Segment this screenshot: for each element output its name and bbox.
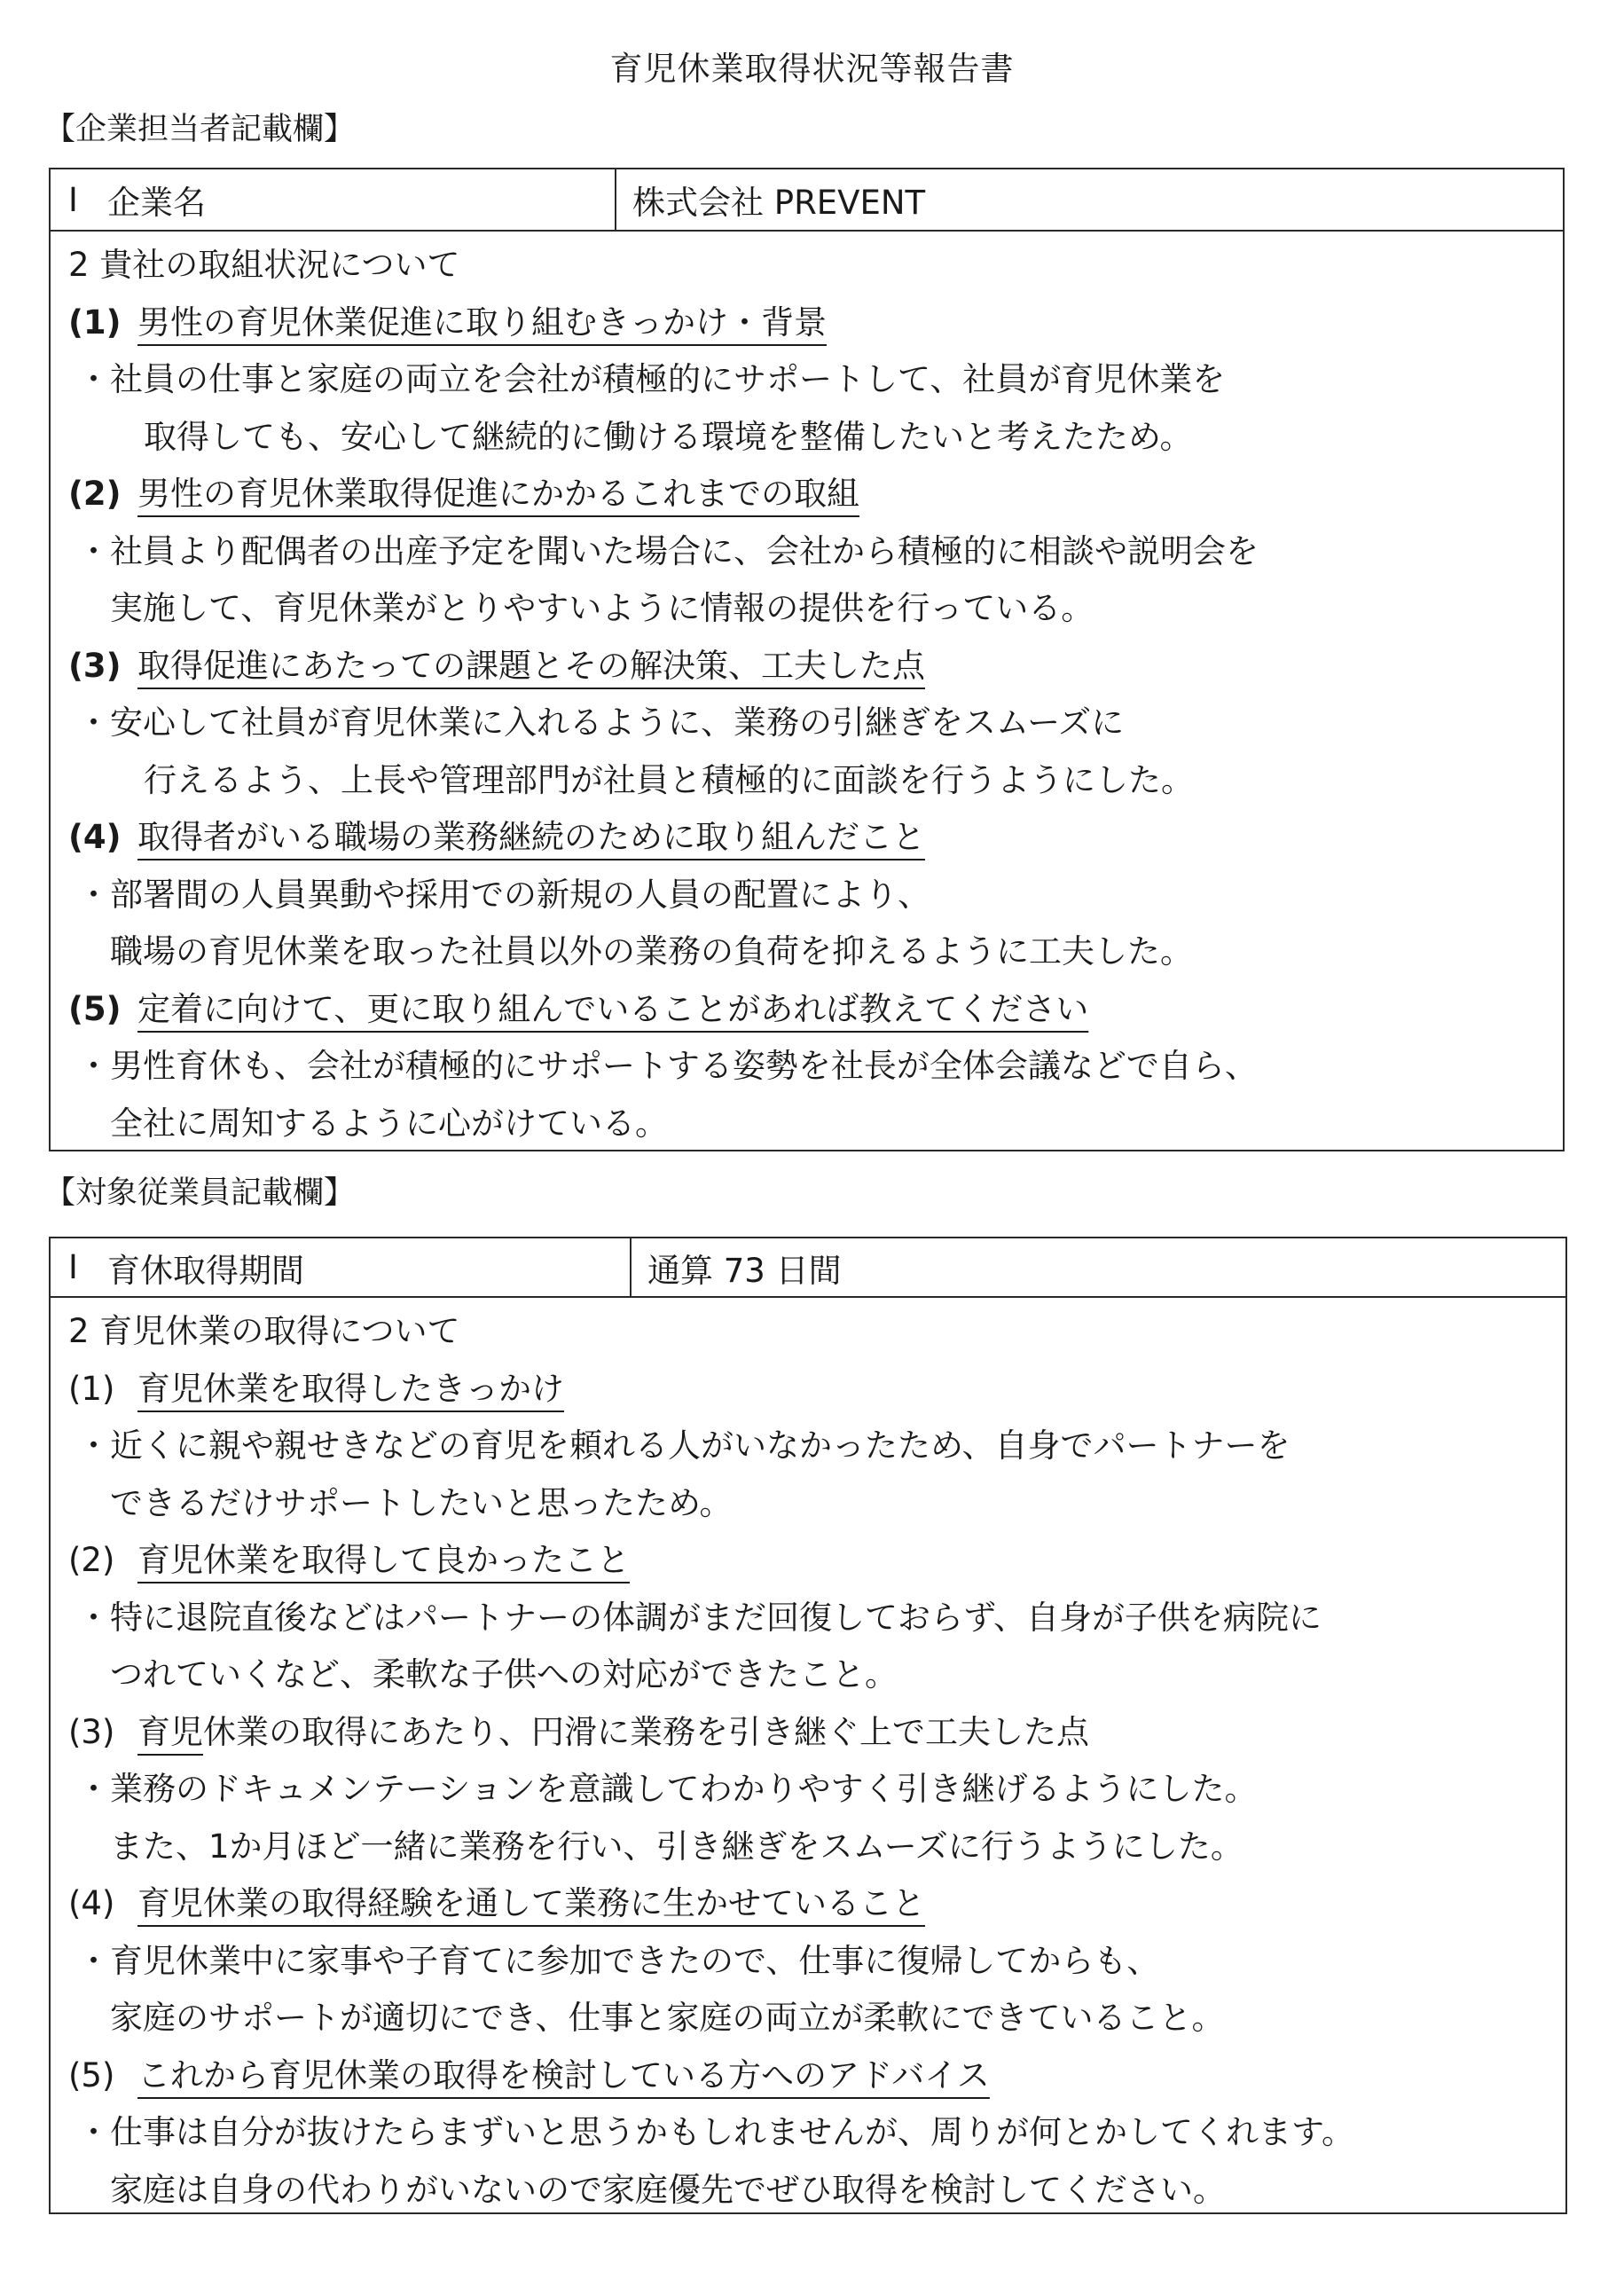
- answer-line: ・育児休業中に家事や子育てに参加できたので、仕事に復帰してからも、: [68, 1933, 1565, 1991]
- question-line: (2)育児休業を取得して良かったこと: [68, 1532, 1565, 1590]
- question-line: (3)育児休業の取得にあたり、円滑に業務を引き継ぐ上で工夫した点: [68, 1704, 1565, 1762]
- question-text: 定着に向けて、更に取り組んでいることがあれば教えてください: [137, 990, 1088, 1028]
- answer-line: 家庭は自身の代わりがいないので家庭優先でぜひ取得を検討してください。: [68, 2162, 1565, 2220]
- employee-form-table: I 育休取得期間 通算 73 日間 2 育児休業の取得について (1)育児休業を…: [49, 1237, 1567, 2214]
- employee-leave-body: 2 育児休業の取得について (1)育児休業を取得したきっかけ ・近くに親や親せき…: [51, 1298, 1565, 2219]
- question-line: (2)男性の育児休業取得促進にかかるこれまでの取組: [68, 466, 1563, 523]
- answer-line: ・社員の仕事と家庭の両立を会社が積極的にサポートして、社員が育児休業を: [68, 351, 1563, 409]
- question-line: (5)これから育児休業の取得を検討している方へのアドバイス: [68, 2047, 1565, 2105]
- leave-period-label: 育休取得期間: [107, 1244, 304, 1292]
- employee-section-label: 【対象従業員記載欄】: [44, 1175, 355, 1211]
- leave-period-value: 通算 73 日間: [647, 1244, 842, 1292]
- row-number: I: [68, 1248, 107, 1286]
- question-line: (4)取得者がいる職場の業務継続のために取り組んだこと: [68, 809, 1563, 867]
- answer-line: また、1か月ほど一緒に業務を行い、引き継ぎをスムーズに行うようにした。: [68, 1819, 1565, 1876]
- leave-period-label-cell: I 育休取得期間: [51, 1238, 632, 1296]
- question-text: 育児休業を取得して良かったこと: [137, 1541, 630, 1579]
- answer-line: ・業務のドキュメンテーションを意識してわかりやすく引き継げるようにした。: [68, 1761, 1565, 1819]
- question-line: (1)男性の育児休業促進に取り組むきっかけ・背景: [68, 295, 1563, 352]
- question-text: 取得促進にあたっての課題とその解決策、工夫した点: [137, 647, 925, 685]
- answer-line: 行えるよう、上長や管理部門が社員と積極的に面談を行うようにした。: [68, 752, 1563, 810]
- company-section-label: 【企業担当者記載欄】: [44, 112, 355, 147]
- answer-line: ・仕事は自分が抜けたらまずいと思うかもしれませんが、周りが何とかしてくれます。: [68, 2104, 1565, 2162]
- answer-line: 家庭のサポートが適切にでき、仕事と家庭の両立が柔軟にできていること。: [68, 1990, 1565, 2047]
- company-form-table: I 企業名 株式会社 PREVENT 2 貴社の取組状況について (1)男性の育…: [49, 168, 1565, 1151]
- company-name-label: 企業名: [107, 176, 206, 224]
- question-line: (3)取得促進にあたっての課題とその解決策、工夫した点: [68, 638, 1563, 695]
- row-number: I: [68, 181, 107, 219]
- question-number: (5): [68, 981, 137, 1039]
- company-name-value: 株式会社 PREVENT: [632, 176, 925, 224]
- question-text: 取得者がいる職場の業務継続のために取り組んだこと: [137, 818, 925, 856]
- answer-line: 取得しても、安心して継続的に働ける環境を整備したいと考えたため。: [68, 409, 1563, 467]
- question-line: (1)育児休業を取得したきっかけ: [68, 1361, 1565, 1418]
- question-text-underlined: 育児: [137, 1713, 203, 1751]
- answer-line: 実施して、育児休業がとりやすいように情報の提供を行っている。: [68, 580, 1563, 638]
- question-text: 男性の育児休業取得促進にかかるこれまでの取組: [137, 475, 859, 513]
- question-text: これから育児休業の取得を検討している方へのアドバイス: [137, 2056, 990, 2094]
- answer-line: つれていくなど、柔軟な子供への対応ができたこと。: [68, 1646, 1565, 1704]
- question-number: (4): [68, 1875, 137, 1933]
- question-number: (2): [68, 466, 137, 523]
- question-number: (1): [68, 1361, 137, 1418]
- question-number: (4): [68, 809, 137, 867]
- answer-line: 全社に周知するように心がけている。: [68, 1096, 1563, 1153]
- question-number: (5): [68, 2047, 137, 2105]
- company-efforts-heading: 2 貴社の取組状況について: [68, 237, 1563, 295]
- question-line: (5)定着に向けて、更に取り組んでいることがあれば教えてください: [68, 981, 1563, 1039]
- answer-line: ・部署間の人員異動や採用での新規の人員の配置により、: [68, 867, 1563, 924]
- question-text: 休業の取得にあたり、円滑に業務を引き継ぐ上で工夫した点: [203, 1713, 1089, 1751]
- company-name-row: I 企業名 株式会社 PREVENT: [51, 169, 1563, 232]
- answer-line: ・男性育休も、会社が積極的にサポートする姿勢を社長が全体会議などで自ら、: [68, 1038, 1563, 1096]
- leave-period-value-cell: 通算 73 日間: [632, 1238, 1565, 1296]
- question-number: (2): [68, 1532, 137, 1590]
- question-line: (4)育児休業の取得経験を通して業務に生かせていること: [68, 1875, 1565, 1933]
- question-number: (1): [68, 295, 137, 352]
- answer-line: ・安心して社員が育児休業に入れるように、業務の引継ぎをスムーズに: [68, 695, 1563, 752]
- answer-line: ・近くに親や親せきなどの育児を頼れる人がいなかったため、自身でパートナーを: [68, 1418, 1565, 1475]
- document-title: 育児休業取得状況等報告書: [0, 50, 1624, 89]
- company-name-value-cell: 株式会社 PREVENT: [616, 169, 1563, 230]
- question-text: 男性の育児休業促進に取り組むきっかけ・背景: [137, 303, 827, 342]
- answer-line: ・社員より配偶者の出産予定を聞いた場合に、会社から積極的に相談や説明会を: [68, 523, 1563, 581]
- leave-period-row: I 育休取得期間 通算 73 日間: [51, 1238, 1565, 1298]
- company-efforts-body: 2 貴社の取組状況について (1)男性の育児休業促進に取り組むきっかけ・背景 ・…: [51, 232, 1563, 1152]
- question-text: 育児休業を取得したきっかけ: [137, 1370, 564, 1408]
- answer-line: できるだけサポートしたいと思ったため。: [68, 1475, 1565, 1533]
- question-text: 育児休業の取得経験を通して業務に生かせていること: [137, 1884, 925, 1922]
- question-number: (3): [68, 1704, 137, 1762]
- company-name-label-cell: I 企業名: [51, 169, 616, 230]
- employee-leave-heading: 2 育児休業の取得について: [68, 1303, 1565, 1361]
- question-number: (3): [68, 638, 137, 695]
- answer-line: ・特に退院直後などはパートナーの体調がまだ回復しておらず、自身が子供を病院に: [68, 1590, 1565, 1647]
- answer-line: 職場の育児休業を取った社員以外の業務の負荷を抑えるように工夫した。: [68, 923, 1563, 981]
